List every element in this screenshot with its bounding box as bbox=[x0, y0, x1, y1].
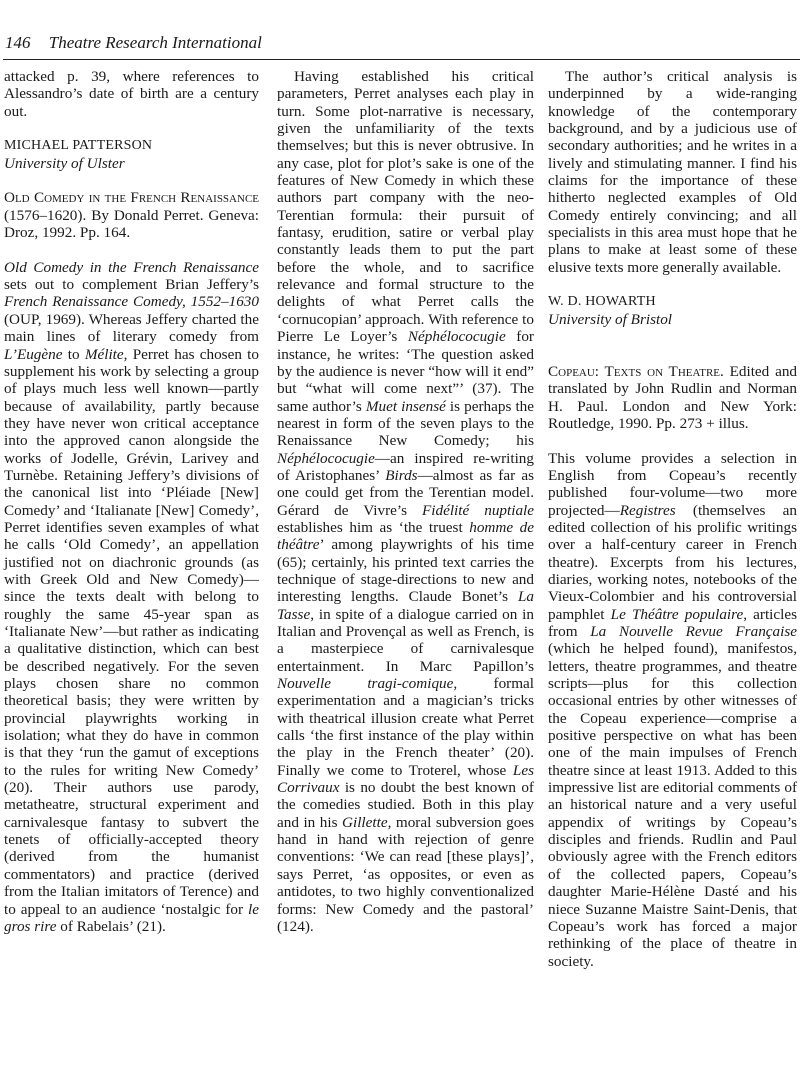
italic-title: Fidélité nuptiale bbox=[422, 502, 534, 519]
review-heading: Old Comedy in the French Renaissance (15… bbox=[4, 189, 259, 241]
continuation-paragraph: attacked p. 39, where references to Ales… bbox=[4, 68, 259, 120]
text-run: to bbox=[62, 346, 84, 363]
spacer bbox=[548, 276, 797, 293]
review-body-paragraph: This volume provides a selection in Engl… bbox=[548, 450, 797, 970]
journal-title: Theatre Research International bbox=[49, 33, 262, 52]
text-run: establishes him as ‘the truest bbox=[277, 519, 469, 536]
spacer bbox=[4, 120, 259, 137]
italic-title: Le Théâtre populaire bbox=[611, 606, 744, 623]
book-title: Copeau: Texts on Theatre bbox=[548, 363, 720, 380]
text-run: (OUP, 1969). Whereas Jeffery charted the… bbox=[4, 311, 259, 345]
italic-title: Néphélococugie bbox=[408, 328, 506, 345]
italic-title: French Renaissance Comedy, 1552–1630 bbox=[4, 293, 259, 310]
header-rule bbox=[3, 59, 800, 60]
italic-title: Muet insensé bbox=[366, 398, 446, 415]
book-dates: (1576–1620). bbox=[4, 207, 86, 224]
italic-title: Registres bbox=[620, 502, 676, 519]
italic-title: L’Eugène bbox=[4, 346, 62, 363]
review-heading: Copeau: Texts on Theatre. Edited and tra… bbox=[548, 363, 797, 432]
book-title: Old Comedy in the French Renaissance bbox=[4, 189, 259, 206]
spacer bbox=[548, 432, 797, 449]
review-body-paragraph: The author’s critical analysis is underp… bbox=[548, 68, 797, 276]
review-body-paragraph: Having established his critical paramete… bbox=[277, 68, 534, 935]
spacer bbox=[4, 172, 259, 189]
spacer bbox=[4, 241, 259, 258]
reviewer-affiliation: University of Bristol bbox=[548, 311, 797, 328]
italic-title: Old Comedy in the French Renaissance bbox=[4, 259, 259, 276]
reviewer-name: W. D. HOWARTH bbox=[548, 293, 797, 310]
text-run: sets out to complement Brian Jeffery’s bbox=[4, 276, 259, 293]
column-2: Having established his critical paramete… bbox=[277, 68, 534, 935]
italic-title: Gillette bbox=[342, 814, 388, 831]
reviewer-affiliation: University of Ulster bbox=[4, 155, 259, 172]
reviewer-name: MICHAEL PATTERSON bbox=[4, 137, 259, 154]
page-number: 146 bbox=[5, 33, 31, 52]
text-run: , Perret has chosen to supplement his wo… bbox=[4, 346, 259, 918]
text-run: (which he helped found), manifestos, let… bbox=[548, 640, 797, 969]
spacer bbox=[548, 328, 797, 363]
italic-title: La Nouvelle Revue Française bbox=[590, 623, 797, 640]
running-head: 146 Theatre Research International bbox=[5, 32, 797, 54]
column-1: attacked p. 39, where references to Ales… bbox=[4, 68, 259, 935]
text-run: , in spite of a dialogue carried on in I… bbox=[277, 606, 534, 675]
italic-title: Mélite bbox=[85, 346, 124, 363]
italic-title: Néphélococugie bbox=[277, 450, 375, 467]
text-run: (themselves an edited collection of his … bbox=[548, 502, 797, 623]
column-3: The author’s critical analysis is underp… bbox=[548, 68, 797, 970]
italic-title: Birds bbox=[385, 467, 417, 484]
text-run: of Rabelais’ (21). bbox=[56, 918, 165, 935]
review-body-paragraph: Old Comedy in the French Renaissance set… bbox=[4, 259, 259, 935]
italic-title: Nouvelle tragi-comique bbox=[277, 675, 453, 692]
text-run: , moral subversion goes hand in hand wit… bbox=[277, 814, 534, 935]
text-run: Having established his critical paramete… bbox=[277, 68, 534, 345]
